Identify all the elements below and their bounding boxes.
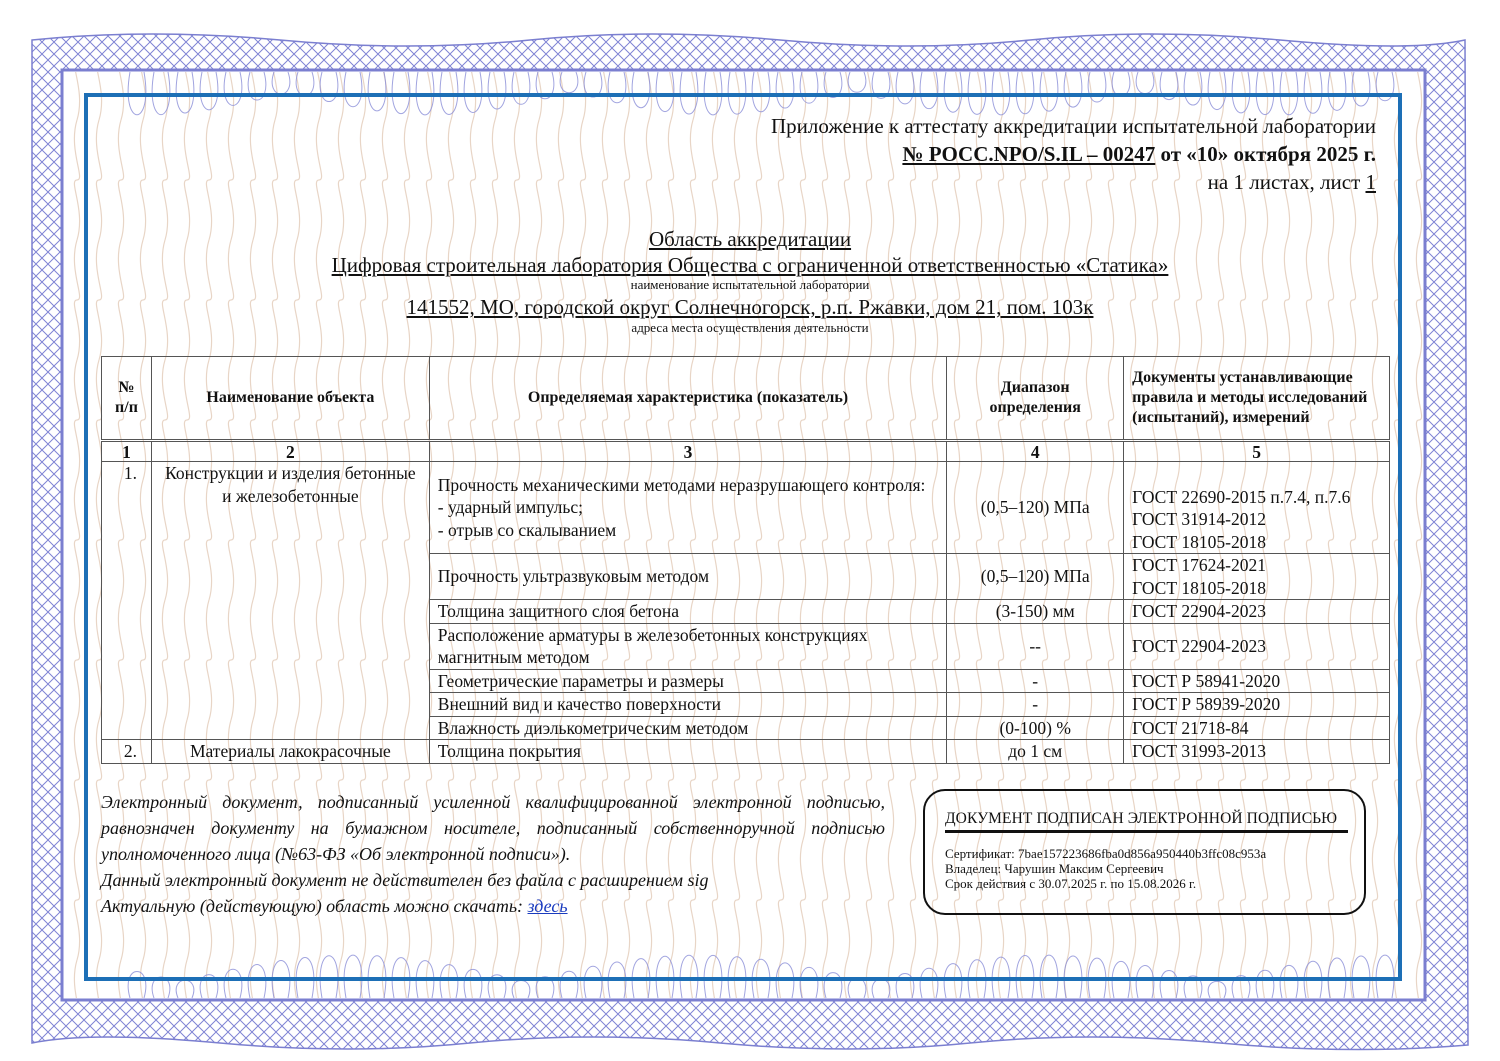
method-documents: ГОСТ 22904-2023 [1124, 623, 1390, 669]
certificate-date: от «10» октября 2025 г. [1155, 142, 1376, 166]
characteristic: Расположение арматуры в железобетонных к… [429, 623, 946, 669]
column-header-number: № п/п [102, 357, 152, 441]
column-number: 3 [429, 441, 946, 462]
characteristic: Толщина защитного слоя бетона [429, 600, 946, 624]
signature-stamp-title: ДОКУМЕНТ ПОДПИСАН ЭЛЕКТРОННОЙ ПОДПИСЬЮ [945, 809, 1348, 833]
laboratory-name-caption: наименование испытательной лаборатории [100, 278, 1400, 292]
column-header-documents: Документы устанавливающие правила и мето… [1124, 357, 1390, 441]
accreditation-certificate-ref: № РОСС.NPO/S.IL – 00247 от «10» октября … [771, 140, 1376, 168]
column-header-object: Наименование объекта [151, 357, 429, 441]
characteristic: Прочность механическими методами неразру… [429, 462, 946, 554]
characteristic: Внешний вид и качество поверхности [429, 693, 946, 717]
sheets-label: на 1 листах, лист [1208, 170, 1366, 194]
column-number: 2 [151, 441, 429, 462]
item-number: 1. [102, 462, 152, 740]
determination-range: -- [947, 623, 1124, 669]
method-documents: ГОСТ 22904-2023 [1124, 600, 1390, 624]
determination-range: - [947, 693, 1124, 717]
notice-sig-file-text: Данный электронный документ не действите… [101, 867, 885, 893]
signature-owner: Владелец: Чарушин Максим Сергеевич [945, 861, 1348, 876]
determination-range: - [947, 669, 1124, 693]
column-header-characteristic: Определяемая характеристика (показатель) [429, 357, 946, 441]
method-documents: ГОСТ 22690-2015 п.7.4, п.7.6 ГОСТ 31914-… [1124, 462, 1390, 554]
signature-validity: Срок действия с 30.07.2025 г. по 15.08.2… [945, 876, 1348, 891]
column-number: 1 [102, 441, 152, 462]
item-number: 2. [102, 740, 152, 764]
annex-header: Приложение к аттестату аккредитации испы… [771, 112, 1376, 196]
sheet-number: 1 [1366, 170, 1377, 194]
download-link[interactable]: здесь [528, 896, 568, 916]
object-name: Материалы лакокрасочные [151, 740, 429, 764]
sheet-info: на 1 листах, лист 1 [771, 168, 1376, 196]
table-row: 1.Конструкции и изделия бетонные и желез… [102, 462, 1390, 554]
notice-download-line: Актуальную (действующую) область можно с… [101, 893, 885, 919]
method-documents: ГОСТ 31993-2013 [1124, 740, 1390, 764]
electronic-signature-stamp: ДОКУМЕНТ ПОДПИСАН ЭЛЕКТРОННОЙ ПОДПИСЬЮ С… [923, 789, 1366, 915]
column-number: 5 [1124, 441, 1390, 462]
annex-title: Приложение к аттестату аккредитации испы… [771, 112, 1376, 140]
certificate-number: № РОСС.NPO/S.IL – 00247 [902, 142, 1155, 166]
characteristic: Геометрические параметры и размеры [429, 669, 946, 693]
accreditation-scope-table: № п/п Наименование объекта Определяемая … [101, 356, 1390, 764]
laboratory-name: Цифровая строительная лаборатория Общест… [100, 252, 1400, 278]
determination-range: (0,5–120) МПа [947, 462, 1124, 554]
column-number: 4 [947, 441, 1124, 462]
laboratory-address: 141552, МО, городской округ Солнечногорс… [100, 294, 1400, 321]
download-prompt: Актуальную (действующую) область можно с… [101, 896, 528, 916]
table-row: 2.Материалы лакокрасочныеТолщина покрыти… [102, 740, 1390, 764]
column-number-row: 1 2 3 4 5 [102, 441, 1390, 462]
method-documents: ГОСТ Р 58941-2020 [1124, 669, 1390, 693]
object-name: Конструкции и изделия бетонные и железоб… [151, 462, 429, 740]
table-header-row: № п/п Наименование объекта Определяемая … [102, 357, 1390, 441]
determination-range: до 1 см [947, 740, 1124, 764]
characteristic: Толщина покрытия [429, 740, 946, 764]
signature-certificate: Сертификат: 7bae157223686fba0d856a950440… [945, 846, 1348, 861]
scope-title-block: Область аккредитации Цифровая строительн… [100, 226, 1400, 335]
scope-heading: Область аккредитации [100, 226, 1400, 252]
determination-range: (3-150) мм [947, 600, 1124, 624]
determination-range: (0-100) % [947, 716, 1124, 740]
electronic-document-notice: Электронный документ, подписанный усилен… [101, 789, 885, 919]
characteristic: Влажность диэлькометрическим методом [429, 716, 946, 740]
method-documents: ГОСТ Р 58939-2020 [1124, 693, 1390, 717]
determination-range: (0,5–120) МПа [947, 554, 1124, 600]
method-documents: ГОСТ 17624-2021 ГОСТ 18105-2018 [1124, 554, 1390, 600]
notice-legal-text: Электронный документ, подписанный усилен… [101, 789, 885, 867]
method-documents: ГОСТ 21718-84 [1124, 716, 1390, 740]
column-header-range: Диапазон определения [947, 357, 1124, 441]
address-caption: адреса места осуществления деятельности [100, 321, 1400, 335]
table-body: 1.Конструкции и изделия бетонные и желез… [102, 462, 1390, 764]
characteristic: Прочность ультразвуковым методом [429, 554, 946, 600]
